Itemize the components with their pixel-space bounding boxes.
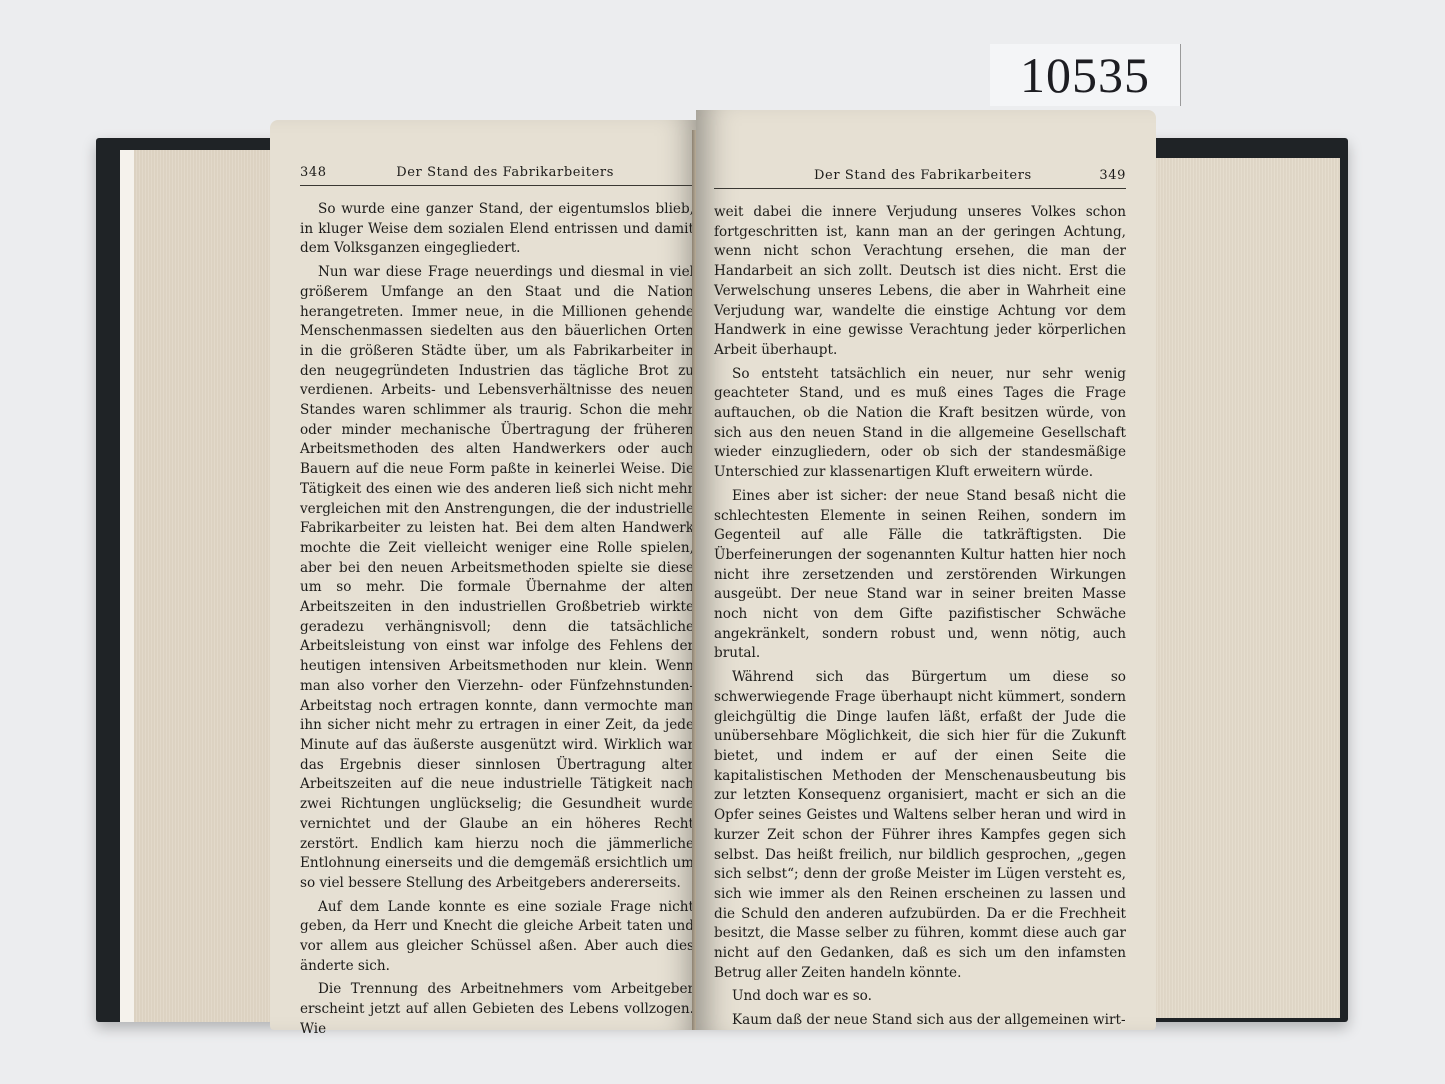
paragraph: Kaum daß der neue Stand sich aus der all… (714, 1011, 1126, 1031)
page-edges-right (1150, 158, 1340, 1018)
paragraph: Auf dem Lande konnte es eine soziale Fra… (300, 898, 694, 977)
inventory-tag: 10535 (990, 44, 1181, 106)
page-body: So wurde eine ganzer Stand, der eigentum… (300, 200, 694, 1040)
page-edge-highlight (120, 150, 134, 1022)
running-title: Der Stand des Fabrikarbeiters (814, 168, 1032, 183)
left-page: 348 Der Stand des Fabrikarbeiters So wur… (270, 120, 700, 1030)
paragraph: Und doch war es so. (714, 987, 1126, 1007)
paragraph: Während sich das Bürgertum um diese so s… (714, 668, 1126, 983)
paragraph: So wurde eine ganzer Stand, der eigentum… (300, 200, 694, 259)
running-head-left: 348 Der Stand des Fabrikarbeiters (300, 165, 694, 186)
page-body: weit dabei die innere Verjudung unseres … (714, 203, 1126, 1031)
paragraph: Die Trennung des Arbeitnehmers vom Arbei… (300, 980, 694, 1039)
paragraph: weit dabei die innere Verjudung unseres … (714, 203, 1126, 361)
running-title: Der Stand des Fabrikarbeiters (396, 165, 614, 180)
paragraph: Eines aber ist sicher: der neue Stand be… (714, 487, 1126, 664)
page-edges-left (120, 150, 290, 1022)
page-number: 348 (300, 165, 327, 180)
page-number: 349 (1099, 168, 1126, 183)
running-head-right: Der Stand des Fabrikarbeiters 349 (714, 168, 1126, 189)
paragraph: So entsteht tatsächlich ein neuer, nur s… (714, 365, 1126, 483)
paragraph: Nun war diese Frage neuerdings und diesm… (300, 263, 694, 894)
right-page: Der Stand des Fabrikarbeiters 349 weit d… (696, 110, 1156, 1030)
